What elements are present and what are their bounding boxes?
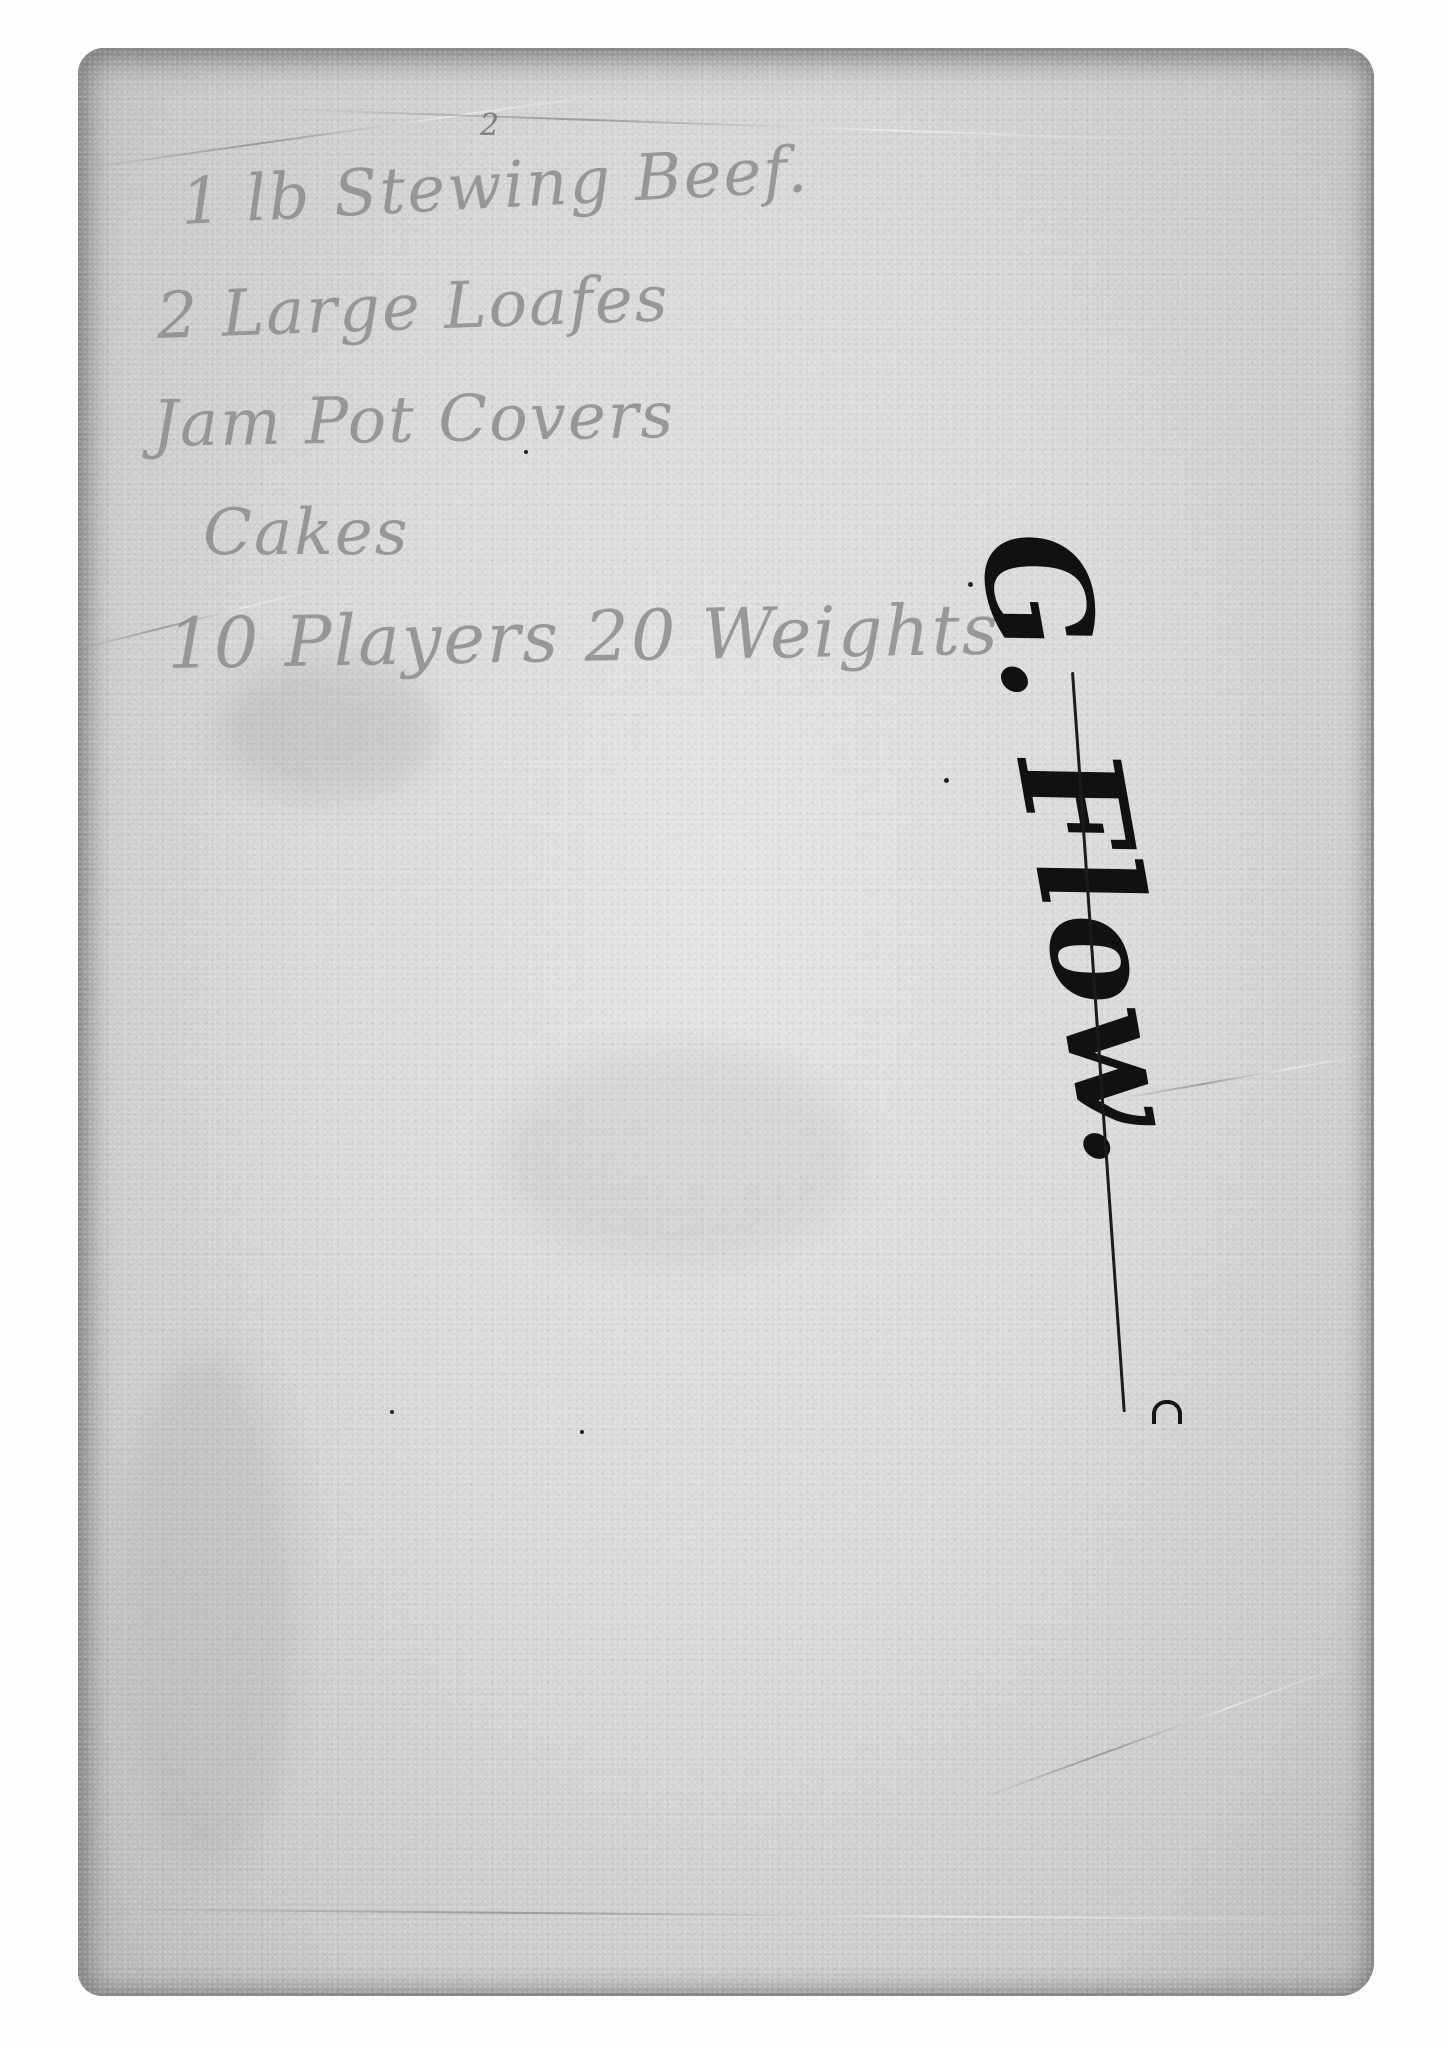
ink-speck	[580, 1430, 584, 1434]
pencil-superscript: 2	[480, 108, 499, 143]
paper-stain	[498, 1048, 858, 1268]
list-item-players-weights: 10 Players 20 Weights	[167, 588, 1001, 685]
list-item-jam-pot-covers: Jam Pot Covers	[152, 379, 676, 462]
ink-speck	[968, 582, 973, 587]
ink-speck	[944, 778, 949, 783]
ink-rule-end-hook	[1152, 1400, 1182, 1424]
paper-stain	[118, 1348, 298, 1868]
ink-speck	[390, 1410, 394, 1414]
list-item-cakes: Cakes	[203, 496, 410, 570]
ink-speck	[524, 450, 528, 454]
